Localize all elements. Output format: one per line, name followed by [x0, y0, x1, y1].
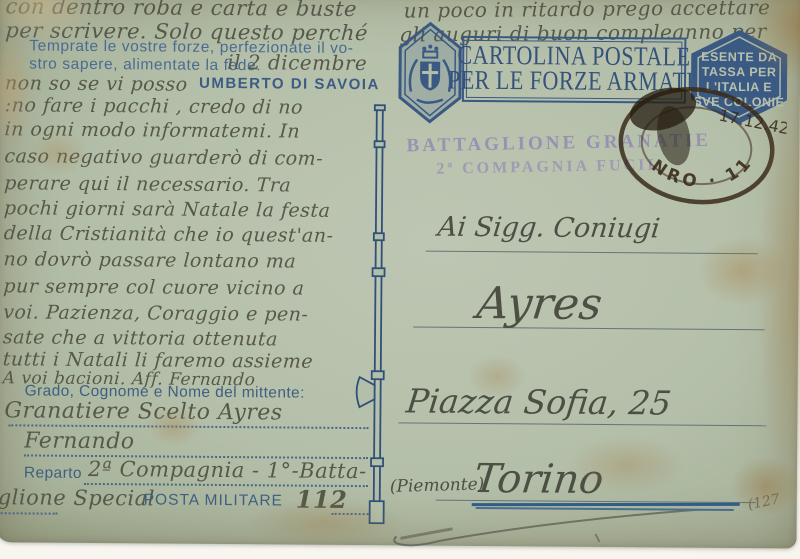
- exempt-text-line: ESENTE DA: [701, 50, 777, 65]
- address-rule: [426, 251, 758, 255]
- message-line: pochi giorni sarà Natale la festa: [3, 197, 331, 222]
- message-line: perare qui il necessario. Tra: [4, 172, 292, 196]
- fasces-divider-icon: [351, 103, 390, 537]
- dotted-line: [0, 512, 58, 514]
- address-rule: [398, 422, 766, 426]
- sender-name: Granatiere Scelto Ayres: [4, 398, 282, 425]
- address-city: Torino: [471, 456, 606, 503]
- postmark-stamp: 17.12.42 NRO · 112: [606, 83, 787, 214]
- posta-militare-label: POSTA MILITARE: [144, 491, 283, 510]
- umberto-di-savoia-signature: UMBERTO DI SAVOIA: [199, 75, 380, 93]
- message-line: :no fare i pacchi , credo di no: [4, 94, 304, 118]
- message-line: della Cristianità che io quest'an-: [3, 222, 334, 247]
- message-line: in ogni modo informatemi. In: [4, 118, 301, 142]
- pencil-flourish: [390, 508, 720, 551]
- address-street: Piazza Sofia, 25: [404, 381, 673, 422]
- sender-firstname: Fernando: [24, 428, 135, 454]
- pencil-annotation: (127: [746, 491, 781, 513]
- address-surname: Ayres: [474, 278, 604, 330]
- message-line: non so se vi posso: [4, 72, 188, 95]
- reparto-value-continued: glione Special: [0, 485, 155, 510]
- message-line: pur sempre col cuore vicino a: [3, 275, 305, 299]
- exempt-text-line: TASSA PER: [702, 65, 777, 80]
- address-recipient-line: Ai Sigg. Coniugi: [436, 212, 661, 245]
- message-line: voi. Pazienza, Coraggio e pen-: [3, 301, 310, 325]
- message-line: caso negativo guarderò di com-: [4, 145, 324, 169]
- posta-militare-number: 112: [296, 485, 348, 514]
- reparto-value: 2ª Compagnia - 1°-Batta-: [88, 457, 367, 483]
- message-line: sate che a vittoria ottenuta: [2, 326, 278, 350]
- postcard: con dentro roba e carta e buste per scri…: [0, 0, 800, 549]
- address-region: (Piemonte): [390, 474, 485, 497]
- message-line: no dovrò passare lontano ma: [3, 248, 297, 272]
- paper-stain: [697, 236, 788, 307]
- reparto-label: Reparto: [24, 464, 82, 482]
- city-underline-ink: [472, 503, 740, 506]
- handwritten-date: il 2 dicembre: [227, 50, 367, 75]
